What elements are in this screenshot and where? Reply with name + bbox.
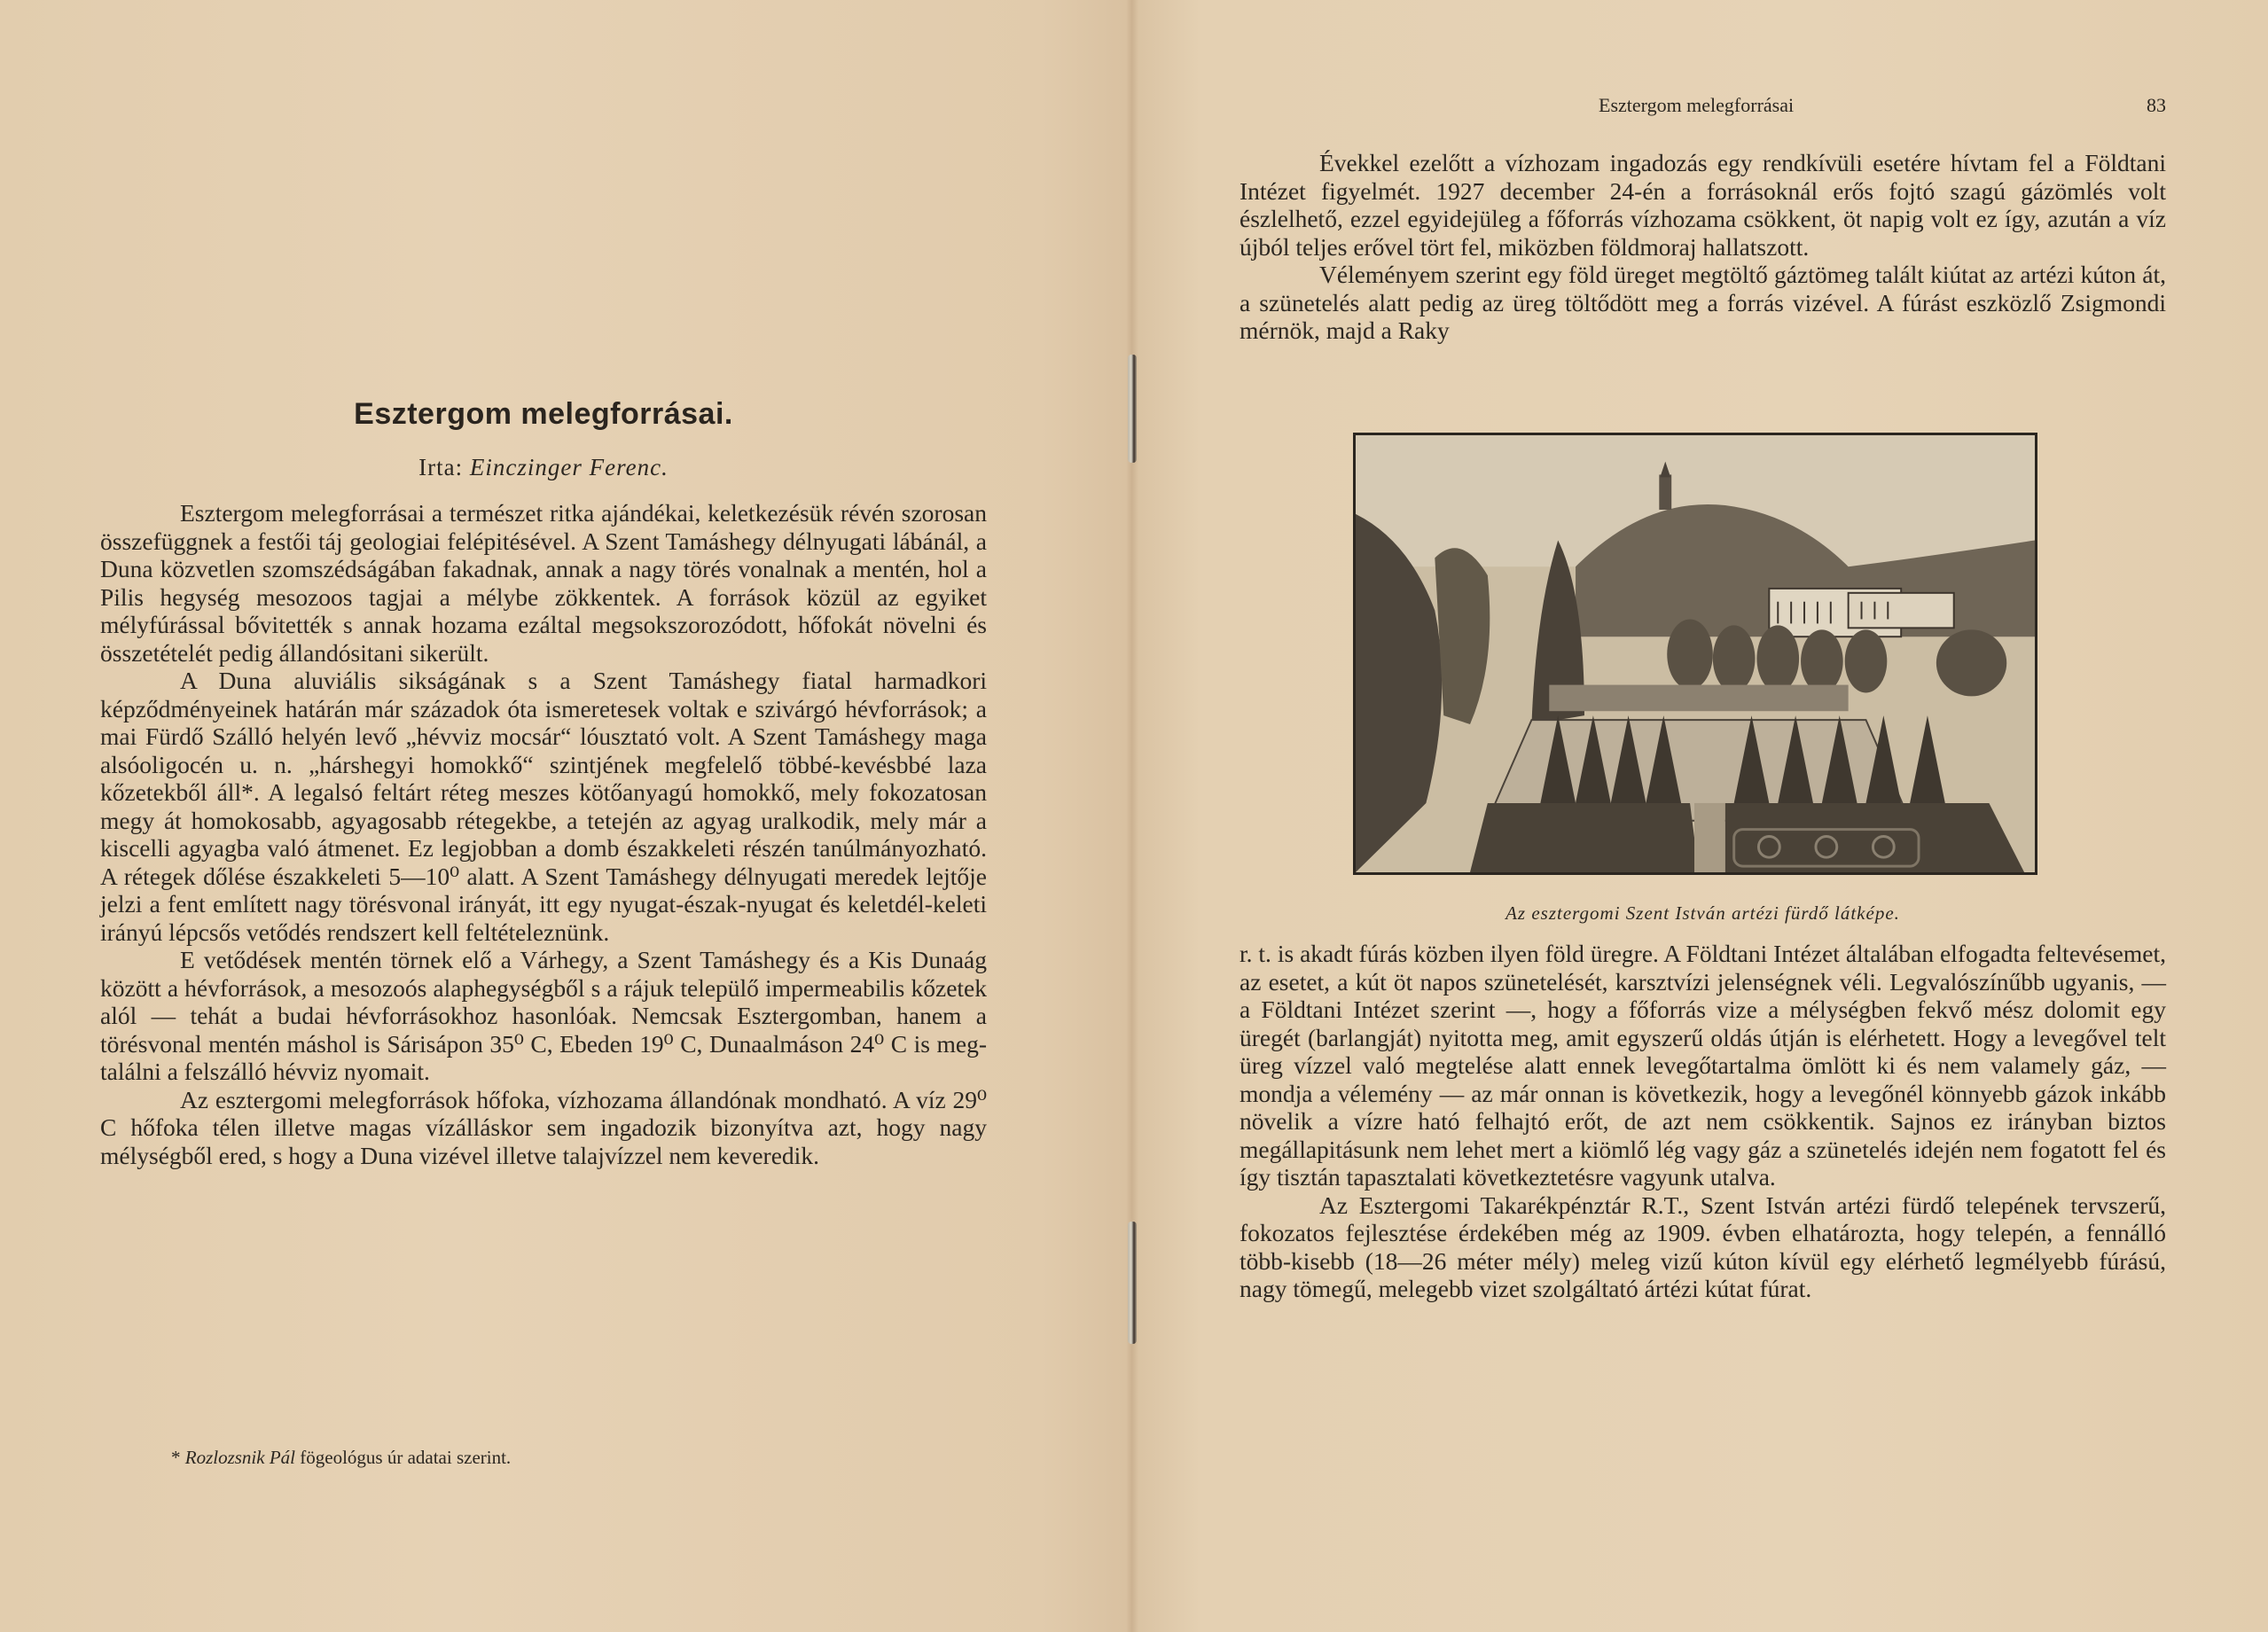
page-number: 83 bbox=[2147, 94, 2166, 117]
staple-bottom-icon bbox=[1128, 1222, 1137, 1344]
paragraph: Esztergom melegforrásai a természet ritk… bbox=[100, 499, 987, 667]
figure-caption: Az esztergomi Szent István artézi fürdő … bbox=[1240, 902, 2166, 925]
illustration-image bbox=[1356, 435, 2035, 872]
paragraph: Az Esztergomi Takarékpénztár R.T., Szent… bbox=[1240, 1191, 2166, 1303]
right-body-top: Évekkel ezelőtt a vízhozam ingadozás egy… bbox=[1240, 149, 2166, 345]
paragraph: A Duna aluviális sikságának s a Szent Ta… bbox=[100, 667, 987, 946]
paragraph: Véleményem szerint egy föld üreget megtö… bbox=[1240, 261, 2166, 345]
byline-prefix: Irta: bbox=[418, 454, 463, 480]
left-page: Esztergom melegforrásai. Irta: Einczinge… bbox=[0, 0, 1132, 1632]
paragraph: r. t. is akadt fúrás közben ilyen föld ü… bbox=[1240, 940, 2166, 1191]
author-name: Einczinger Ferenc. bbox=[470, 454, 669, 480]
book-gutter bbox=[1126, 0, 1138, 1632]
article-title: Esztergom melegforrásai. bbox=[100, 397, 987, 432]
right-body-bottom: r. t. is akadt fúrás közben ilyen föld ü… bbox=[1240, 940, 2166, 1303]
byline: Irta: Einczinger Ferenc. bbox=[100, 454, 987, 481]
paragraph: Évekkel ezelőtt a vízhozam ingadozás egy… bbox=[1240, 149, 2166, 261]
paragraph: Az esztergomi melegforrások hőfoka, vízh… bbox=[100, 1086, 987, 1170]
footnote: * Rozlozsnik Pál fögeológus úr adatai sz… bbox=[171, 1447, 511, 1469]
bath-illustration bbox=[1353, 433, 2037, 875]
running-head-title: Esztergom melegforrásai bbox=[1599, 94, 1794, 117]
paragraph: E vetődések mentén törnek elő a Várhegy,… bbox=[100, 946, 987, 1086]
footnote-text: fögeológus úr adatai szerint. bbox=[300, 1447, 511, 1468]
footnote-marker: * bbox=[171, 1447, 181, 1468]
footnote-name: Rozlozsnik Pál bbox=[185, 1447, 295, 1468]
left-body: Esztergom melegforrásai a természet ritk… bbox=[100, 499, 987, 1169]
right-page: Esztergom melegforrásai 83 Évekkel ezelő… bbox=[1132, 0, 2268, 1632]
staple-top-icon bbox=[1128, 355, 1137, 463]
